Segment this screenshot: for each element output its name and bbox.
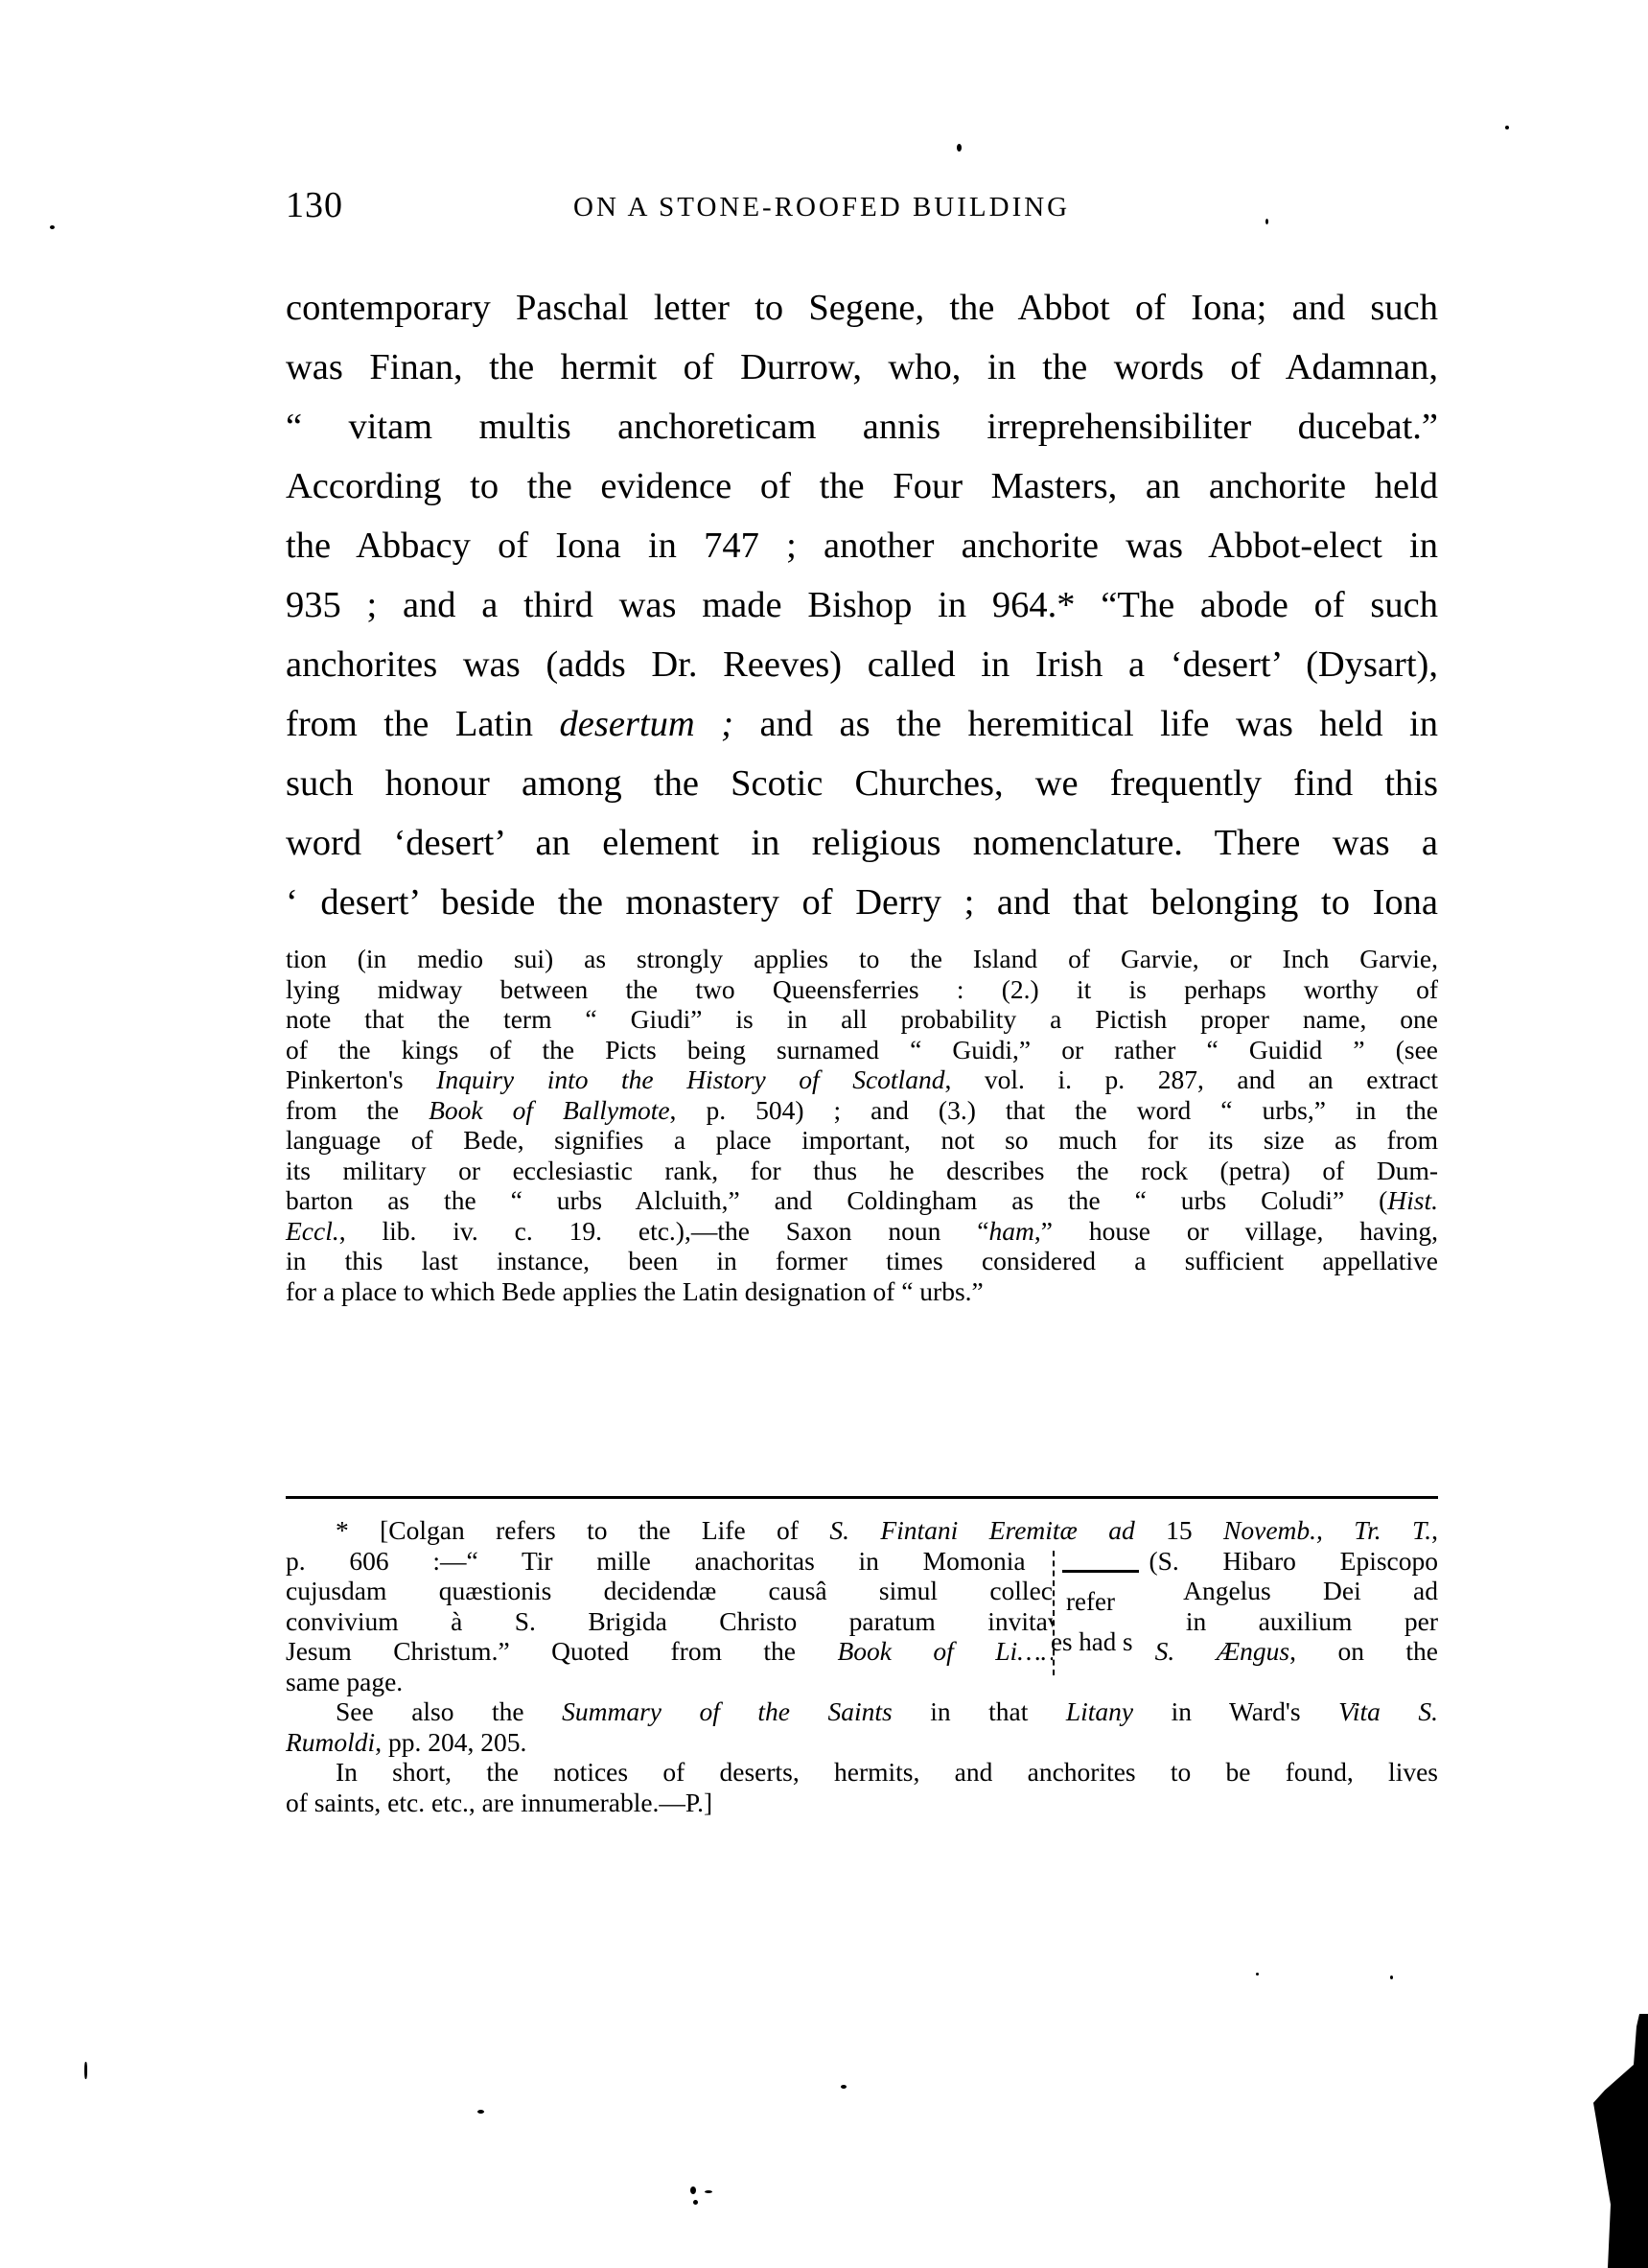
- text-line: word ‘desert’ an element in religious no…: [286, 813, 1438, 873]
- text-line: from the Book of Ballymote, p. 504) ; an…: [286, 1095, 1438, 1126]
- footnote-continued: tion (in medio sui) as strongly applies …: [286, 944, 1438, 1306]
- text-line: of the kings of the Picts being surnamed…: [286, 1035, 1438, 1065]
- pasted-paper-fragment: refer es had s: [1053, 1551, 1141, 1675]
- text-line: p. 606 :—“ Tir mille anachoritas in Momo…: [286, 1546, 1438, 1577]
- scan-speck: [957, 144, 962, 152]
- text-line: for a place to which Bede applies the La…: [286, 1276, 1438, 1307]
- text-line: convivium à S. Brigida Christo paratum i…: [286, 1606, 1438, 1637]
- italic-text: S. Fintani Eremitæ ad: [829, 1515, 1134, 1545]
- italic-text: Book of Ballymote: [429, 1095, 669, 1125]
- fragment-rule: [1062, 1570, 1139, 1573]
- scan-speck: [1390, 1976, 1393, 1979]
- text-line: the Abbacy of Iona in 747 ; another anch…: [286, 516, 1438, 575]
- text-line: barton as the “ urbs Alcluith,” and Cold…: [286, 1185, 1438, 1216]
- text-line: in this last instance, been in former ti…: [286, 1246, 1438, 1276]
- scan-speck: [84, 2062, 87, 2079]
- text-line: According to the evidence of the Four Ma…: [286, 456, 1438, 516]
- text-line: Jesum Christum.” Quoted from the Book of…: [286, 1636, 1438, 1667]
- scan-edge-shadow: [1590, 2014, 1648, 2268]
- fragment-text-1: refer: [1066, 1587, 1115, 1617]
- text-line: 935 ; and a third was made Bishop in 964…: [286, 575, 1438, 635]
- scan-speck: [50, 225, 55, 229]
- footnote-rule: [286, 1496, 1438, 1499]
- text-line: anchorites was (adds Dr. Reeves) called …: [286, 635, 1438, 694]
- scan-speck: [1505, 126, 1509, 129]
- italic-text: ham: [989, 1216, 1034, 1246]
- scan-speck: [1265, 219, 1268, 224]
- italic-text: Eccl.: [286, 1216, 339, 1246]
- page-number: 130: [286, 184, 343, 226]
- text-line: of saints, etc. etc., are innumerable.—P…: [286, 1788, 1438, 1818]
- italic-text: desertum ;: [560, 704, 733, 744]
- scan-speck: [1256, 1973, 1259, 1976]
- text-line: from the Latin desertum ; and as the her…: [286, 694, 1438, 754]
- running-title: ON A STONE-ROOFED BUILDING: [573, 192, 1070, 223]
- text-line: lying midway between the two Queensferri…: [286, 974, 1438, 1005]
- text-line: contemporary Paschal letter to Segene, t…: [286, 278, 1438, 338]
- scan-speck: [477, 2110, 484, 2114]
- text-line: Eccl., lib. iv. c. 19. etc.),—the Saxon …: [286, 1216, 1438, 1247]
- scan-speck: [705, 2190, 712, 2193]
- text-line: was Finan, the hermit of Durrow, who, in…: [286, 338, 1438, 397]
- italic-text: Litany: [1066, 1696, 1133, 1726]
- text-line: tion (in medio sui) as strongly applies …: [286, 944, 1438, 974]
- text-line: In short, the notices of deserts, hermit…: [286, 1757, 1438, 1788]
- italic-text: Hist.: [1387, 1185, 1438, 1215]
- text-line: note that the term “ Giudi” is in all pr…: [286, 1004, 1438, 1035]
- scan-speck: [841, 2085, 847, 2089]
- main-body-text: contemporary Paschal letter to Segene, t…: [286, 278, 1438, 932]
- text-line: such honour among the Scotic Churches, w…: [286, 754, 1438, 813]
- italic-text: Rumoldi: [286, 1727, 375, 1757]
- fragment-text-2: es had s: [1051, 1627, 1132, 1657]
- text-line: “ vitam multis anchoreticam annis irrepr…: [286, 397, 1438, 456]
- running-header: 130 ON A STONE-ROOFED BUILDING: [286, 184, 1436, 232]
- text-line: Pinkerton's Inquiry into the History of …: [286, 1064, 1438, 1095]
- text-line: ‘ desert’ beside the monastery of Derry …: [286, 873, 1438, 932]
- text-line: same page.: [286, 1667, 1438, 1697]
- text-line: Rumoldi, pp. 204, 205.: [286, 1727, 1438, 1758]
- italic-text: Summary of the Saints: [562, 1696, 893, 1726]
- footnote-asterisk: * [Colgan refers to the Life of S. Finta…: [286, 1515, 1438, 1817]
- scan-speck: [690, 2186, 696, 2194]
- scanned-book-page: 130 ON A STONE-ROOFED BUILDING contempor…: [0, 0, 1648, 2268]
- text-line: cujusdam quæstionis decidendæ causâ simu…: [286, 1576, 1438, 1606]
- italic-text: Vita S.: [1338, 1696, 1438, 1726]
- scan-speck: [693, 2200, 698, 2205]
- italic-text: Novemb., Tr. T.: [1223, 1515, 1431, 1545]
- text-line: See also the Summary of the Saints in th…: [286, 1696, 1438, 1727]
- text-line: its military or ecclesiastic rank, for t…: [286, 1156, 1438, 1186]
- text-line: language of Bede, signifies a place impo…: [286, 1125, 1438, 1156]
- text-line: * [Colgan refers to the Life of S. Finta…: [286, 1515, 1438, 1546]
- italic-text: Inquiry into the History of Scotland: [436, 1064, 944, 1094]
